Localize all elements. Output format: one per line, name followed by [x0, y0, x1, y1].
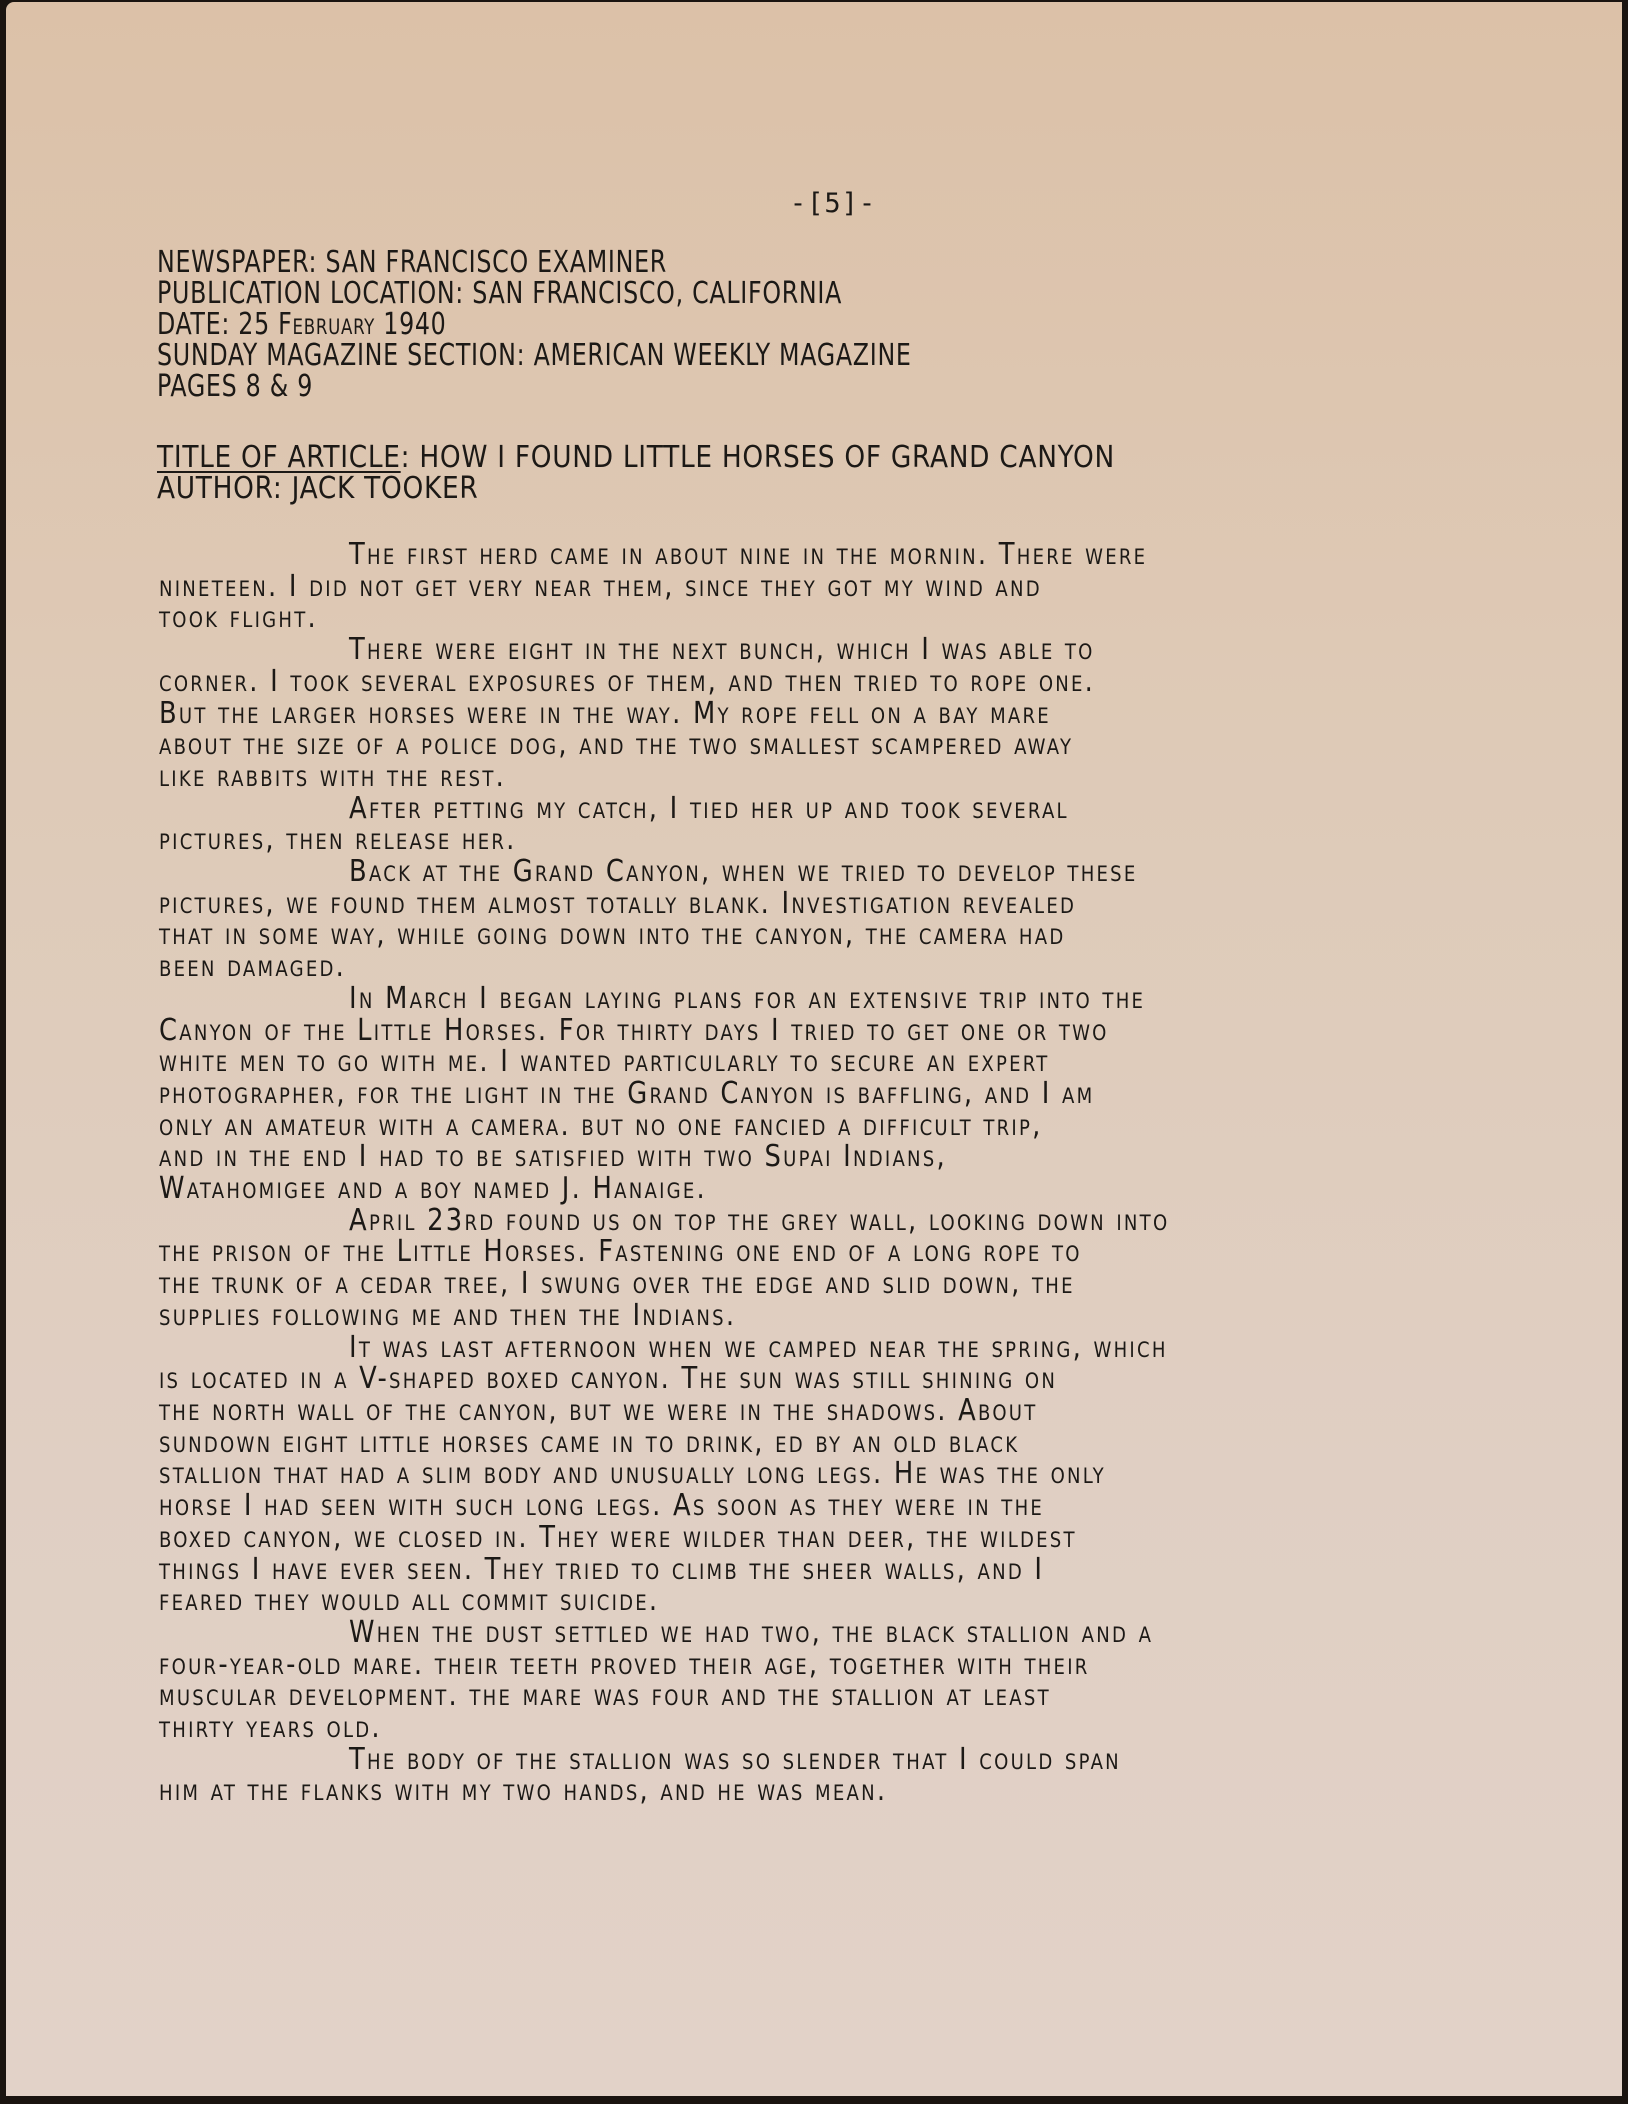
- paragraph-line: things I have ever seen. They tried to c…: [159, 1554, 1397, 1586]
- paragraph-line: But the larger horses were in the way. M…: [159, 698, 1397, 730]
- paragraph-line: him at the flanks with my two hands, and…: [159, 1775, 1397, 1807]
- paragraph-line: Back at the Grand Canyon, when we tried …: [159, 856, 1397, 888]
- paragraph-line: corner. I took several exposures of them…: [159, 666, 1397, 698]
- date-year: 1940: [375, 307, 447, 342]
- paragraph-line: thirty years old.: [159, 1712, 1397, 1744]
- article-title-line: TITLE OF ARTICLE: HOW I FOUND LITTLE HOR…: [157, 442, 1115, 473]
- paragraph-line: stallion that had a slim body and unusua…: [159, 1458, 1397, 1490]
- paragraph-line: white men to go with me. I wanted partic…: [159, 1046, 1397, 1078]
- paragraph: The first herd came in about nine in the…: [159, 539, 1397, 634]
- paragraph-line: photographer, for the light in the Grand…: [159, 1078, 1397, 1110]
- paragraph-line: muscular development. the mare was four …: [159, 1680, 1397, 1712]
- paragraph-line: like rabbits with the rest.: [159, 761, 1397, 793]
- date-line: DATE: 25 February 1940: [157, 309, 912, 340]
- paragraph-line: four-year-old mare. their teeth proved t…: [159, 1649, 1397, 1681]
- document-page: -[5]- NEWSPAPER: SAN FRANCISCO EXAMINER …: [6, 2, 1622, 2096]
- paragraph: There were eight in the next bunch, whic…: [159, 634, 1397, 793]
- paragraph-line: horse I had seen with such long legs. As…: [159, 1490, 1397, 1522]
- article-body: The first herd came in about nine in the…: [159, 539, 1397, 1807]
- paragraph-line: There were eight in the next bunch, whic…: [159, 634, 1397, 666]
- paragraph: When the dust settled we had two, the bl…: [159, 1617, 1397, 1744]
- article-title-label: TITLE OF ARTICLE: [157, 440, 401, 475]
- article-title-block: TITLE OF ARTICLE: HOW I FOUND LITTLE HOR…: [157, 442, 1115, 504]
- pages-line: PAGES 8 & 9: [157, 371, 912, 402]
- paragraph: The body of the stallion was so slender …: [159, 1744, 1397, 1807]
- paragraph-line: The first herd came in about nine in the…: [159, 539, 1397, 571]
- paragraph-line: is located in a V-shaped boxed canyon. T…: [159, 1363, 1397, 1395]
- paragraph-line: and in the end I had to be satisfied wit…: [159, 1141, 1397, 1173]
- author-line: AUTHOR: JACK TOOKER: [157, 473, 1115, 504]
- newspaper-line: NEWSPAPER: SAN FRANCISCO EXAMINER: [157, 247, 912, 278]
- paragraph-line: pictures, we found them almost totally b…: [159, 888, 1397, 920]
- paragraph-line: Watahomigee and a boy named J. Hanaige.: [159, 1173, 1397, 1205]
- paragraph-line: April 23rd found us on top the grey wall…: [159, 1205, 1397, 1237]
- paragraph-line: When the dust settled we had two, the bl…: [159, 1617, 1397, 1649]
- paragraph-line: nineteen. I did not get very near them, …: [159, 571, 1397, 603]
- paragraph-line: It was last afternoon when we camped nea…: [159, 1332, 1397, 1364]
- article-title-value: : HOW I FOUND LITTLE HORSES OF GRAND CAN…: [401, 440, 1115, 475]
- date-prefix: DATE: 25: [157, 307, 278, 342]
- paragraph-line: that in some way, while going down into …: [159, 919, 1397, 951]
- paragraph-line: been damaged.: [159, 951, 1397, 983]
- paragraph-line: the prison of the Little Horses. Fasteni…: [159, 1236, 1397, 1268]
- paragraph: It was last afternoon when we camped nea…: [159, 1332, 1397, 1617]
- publication-location-line: PUBLICATION LOCATION: SAN FRANCISCO, CAL…: [157, 278, 912, 309]
- paragraph-line: about the size of a police dog, and the …: [159, 729, 1397, 761]
- paragraph-line: took flight.: [159, 602, 1397, 634]
- paragraph-line: the trunk of a cedar tree, I swung over …: [159, 1268, 1397, 1300]
- paragraph-line: The body of the stallion was so slender …: [159, 1744, 1397, 1776]
- date-month: February: [278, 307, 375, 342]
- paragraph: In March I began laying plans for an ext…: [159, 983, 1397, 1205]
- paragraph-line: Canyon of the Little Horses. For thirty …: [159, 1015, 1397, 1047]
- paragraph-line: only an amateur with a camera. but no on…: [159, 1110, 1397, 1142]
- paragraph-line: After petting my catch, I tied her up an…: [159, 793, 1397, 825]
- page-number: -[5]-: [6, 188, 1622, 219]
- paragraph-line: feared they would all commit suicide.: [159, 1585, 1397, 1617]
- paragraph: After petting my catch, I tied her up an…: [159, 793, 1397, 856]
- paragraph-line: boxed canyon, we closed in. They were wi…: [159, 1522, 1397, 1554]
- paragraph-line: the north wall of the canyon, but we wer…: [159, 1395, 1397, 1427]
- citation-header: NEWSPAPER: SAN FRANCISCO EXAMINER PUBLIC…: [157, 247, 912, 402]
- paragraph-line: supplies following me and then the India…: [159, 1300, 1397, 1332]
- paragraph: Back at the Grand Canyon, when we tried …: [159, 856, 1397, 983]
- paragraph-line: pictures, then release her.: [159, 824, 1397, 856]
- paragraph-line: sundown eight little horses came in to d…: [159, 1427, 1397, 1459]
- section-line: SUNDAY MAGAZINE SECTION: AMERICAN WEEKLY…: [157, 340, 912, 371]
- paragraph-line: In March I began laying plans for an ext…: [159, 983, 1397, 1015]
- paragraph: April 23rd found us on top the grey wall…: [159, 1205, 1397, 1332]
